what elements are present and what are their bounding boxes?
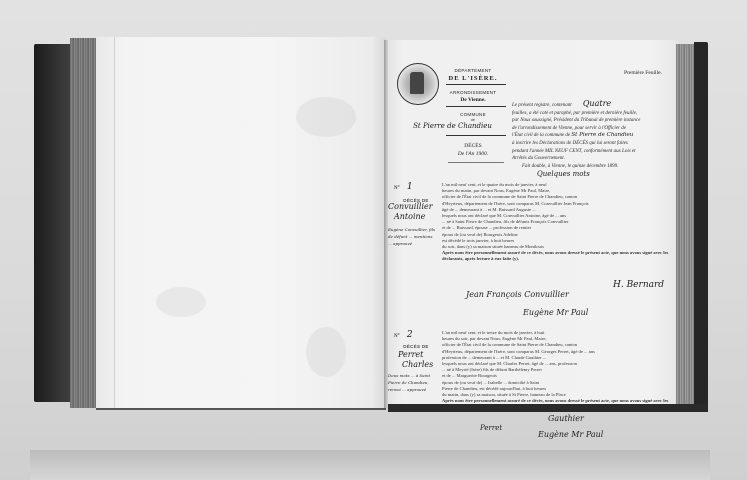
- register-year: De l'An 1900.: [438, 151, 508, 157]
- table-shadow: [30, 450, 710, 480]
- death-entry-1: N° 1 DÉCÈS DE Convuillier Antoine Eugène…: [388, 180, 678, 330]
- preamble-line: pendant l'année MIL NEUF CENT, conformém…: [512, 148, 678, 156]
- deceased-given-name: Antoine: [394, 212, 425, 221]
- department-name: DE L'ISÈRE.: [438, 75, 508, 82]
- preamble-line: feuilles, a été coté et paraphé, par pre…: [512, 110, 678, 118]
- book-cover-right: [694, 42, 708, 412]
- signature: H. Bernard: [613, 280, 664, 290]
- divider: [446, 135, 506, 136]
- deceased-surname: Perret: [398, 350, 423, 359]
- official-seal-icon: [397, 63, 439, 105]
- preamble-text: l'État civil de la commune de: [512, 133, 570, 138]
- preamble-line: Arrêtés du Gouvernement.: [512, 155, 678, 163]
- preamble: Le présent registre, contenant Quatre fe…: [512, 100, 678, 178]
- entry-number: N° 2: [394, 330, 413, 340]
- deceased-given-name: Charles: [402, 360, 433, 369]
- entry-closing: Après nous être personnellement assuré d…: [442, 250, 674, 262]
- paper-stain: [156, 287, 206, 317]
- preamble-line: de l'arrondissement de Vienne, pour serv…: [512, 125, 678, 133]
- department-label: DÉPARTEMENT: [438, 68, 508, 73]
- preamble-line: par Nous soussigné, Président du Tribuna…: [512, 117, 678, 125]
- signature: Gauthier: [548, 414, 584, 423]
- divider: [446, 106, 506, 107]
- divider: [446, 84, 506, 85]
- sheet-count-handwritten: Quatre: [583, 99, 611, 108]
- commune-name-handwritten: St Pierre de Chandieu: [390, 122, 515, 130]
- signature: Eugène Mr Paul: [523, 308, 588, 317]
- preamble-line: à inscrire les Déclarations de DÉCÈS qui…: [512, 140, 678, 148]
- arrondissement-name: De Vienne.: [438, 97, 508, 103]
- preamble-line: l'État civil de la commune de St Pierre …: [512, 132, 678, 140]
- commune-label: COMMUNE: [438, 112, 508, 117]
- commune-handwritten: St Pierre de Chandieu: [571, 132, 633, 138]
- deces-label: DÉCÈS DE: [396, 344, 436, 349]
- done-at-line: Fait double, à Vienne, le quinze décembr…: [522, 163, 678, 171]
- entry-number: N° 1: [394, 182, 413, 192]
- entry-body: L'an mil neuf cent, et le quatre du mois…: [442, 182, 674, 263]
- preamble-text: Le présent registre, contenant: [512, 103, 572, 108]
- entry-number-value: 2: [407, 330, 413, 340]
- president-signature: Quelques mots: [537, 170, 678, 178]
- paper-stain: [306, 327, 346, 377]
- divider: [448, 162, 504, 163]
- right-page-register: DÉPARTEMENT DE L'ISÈRE. ARRONDISSEMENT D…: [388, 40, 678, 406]
- preamble-line: Le présent registre, contenant Quatre: [512, 100, 678, 110]
- entry-number-value: 1: [407, 182, 413, 192]
- entry-number-prefix: N°: [394, 334, 400, 339]
- signature: Jean François Convuillier: [466, 290, 569, 299]
- margin-annotation: Deux mots ... à Saint Pierre de Chandieu…: [388, 372, 436, 393]
- page-label: Première Feuille.: [608, 70, 678, 76]
- entry-body: L'an mil neuf cent, et le treize du mois…: [442, 330, 674, 411]
- register-type: DÉCÈS: [438, 143, 508, 149]
- signature: Perret: [480, 424, 502, 432]
- entry-number-prefix: N°: [394, 186, 400, 191]
- left-page-blank: [96, 37, 386, 410]
- book-cover-bottom: [388, 404, 708, 412]
- margin-line: [114, 37, 115, 408]
- deceased-surname: Convuillier: [388, 202, 433, 211]
- signature: Eugène Mr Paul: [538, 430, 603, 439]
- paper-stain: [296, 97, 356, 137]
- margin-annotation: Eugène Convuillier, fils de défunt ... m…: [388, 226, 436, 247]
- arrondissement-label: ARRONDISSEMENT: [438, 90, 508, 95]
- death-entry-2: N° 2 DÉCÈS DE Perret Charles Deux mots .…: [388, 330, 678, 450]
